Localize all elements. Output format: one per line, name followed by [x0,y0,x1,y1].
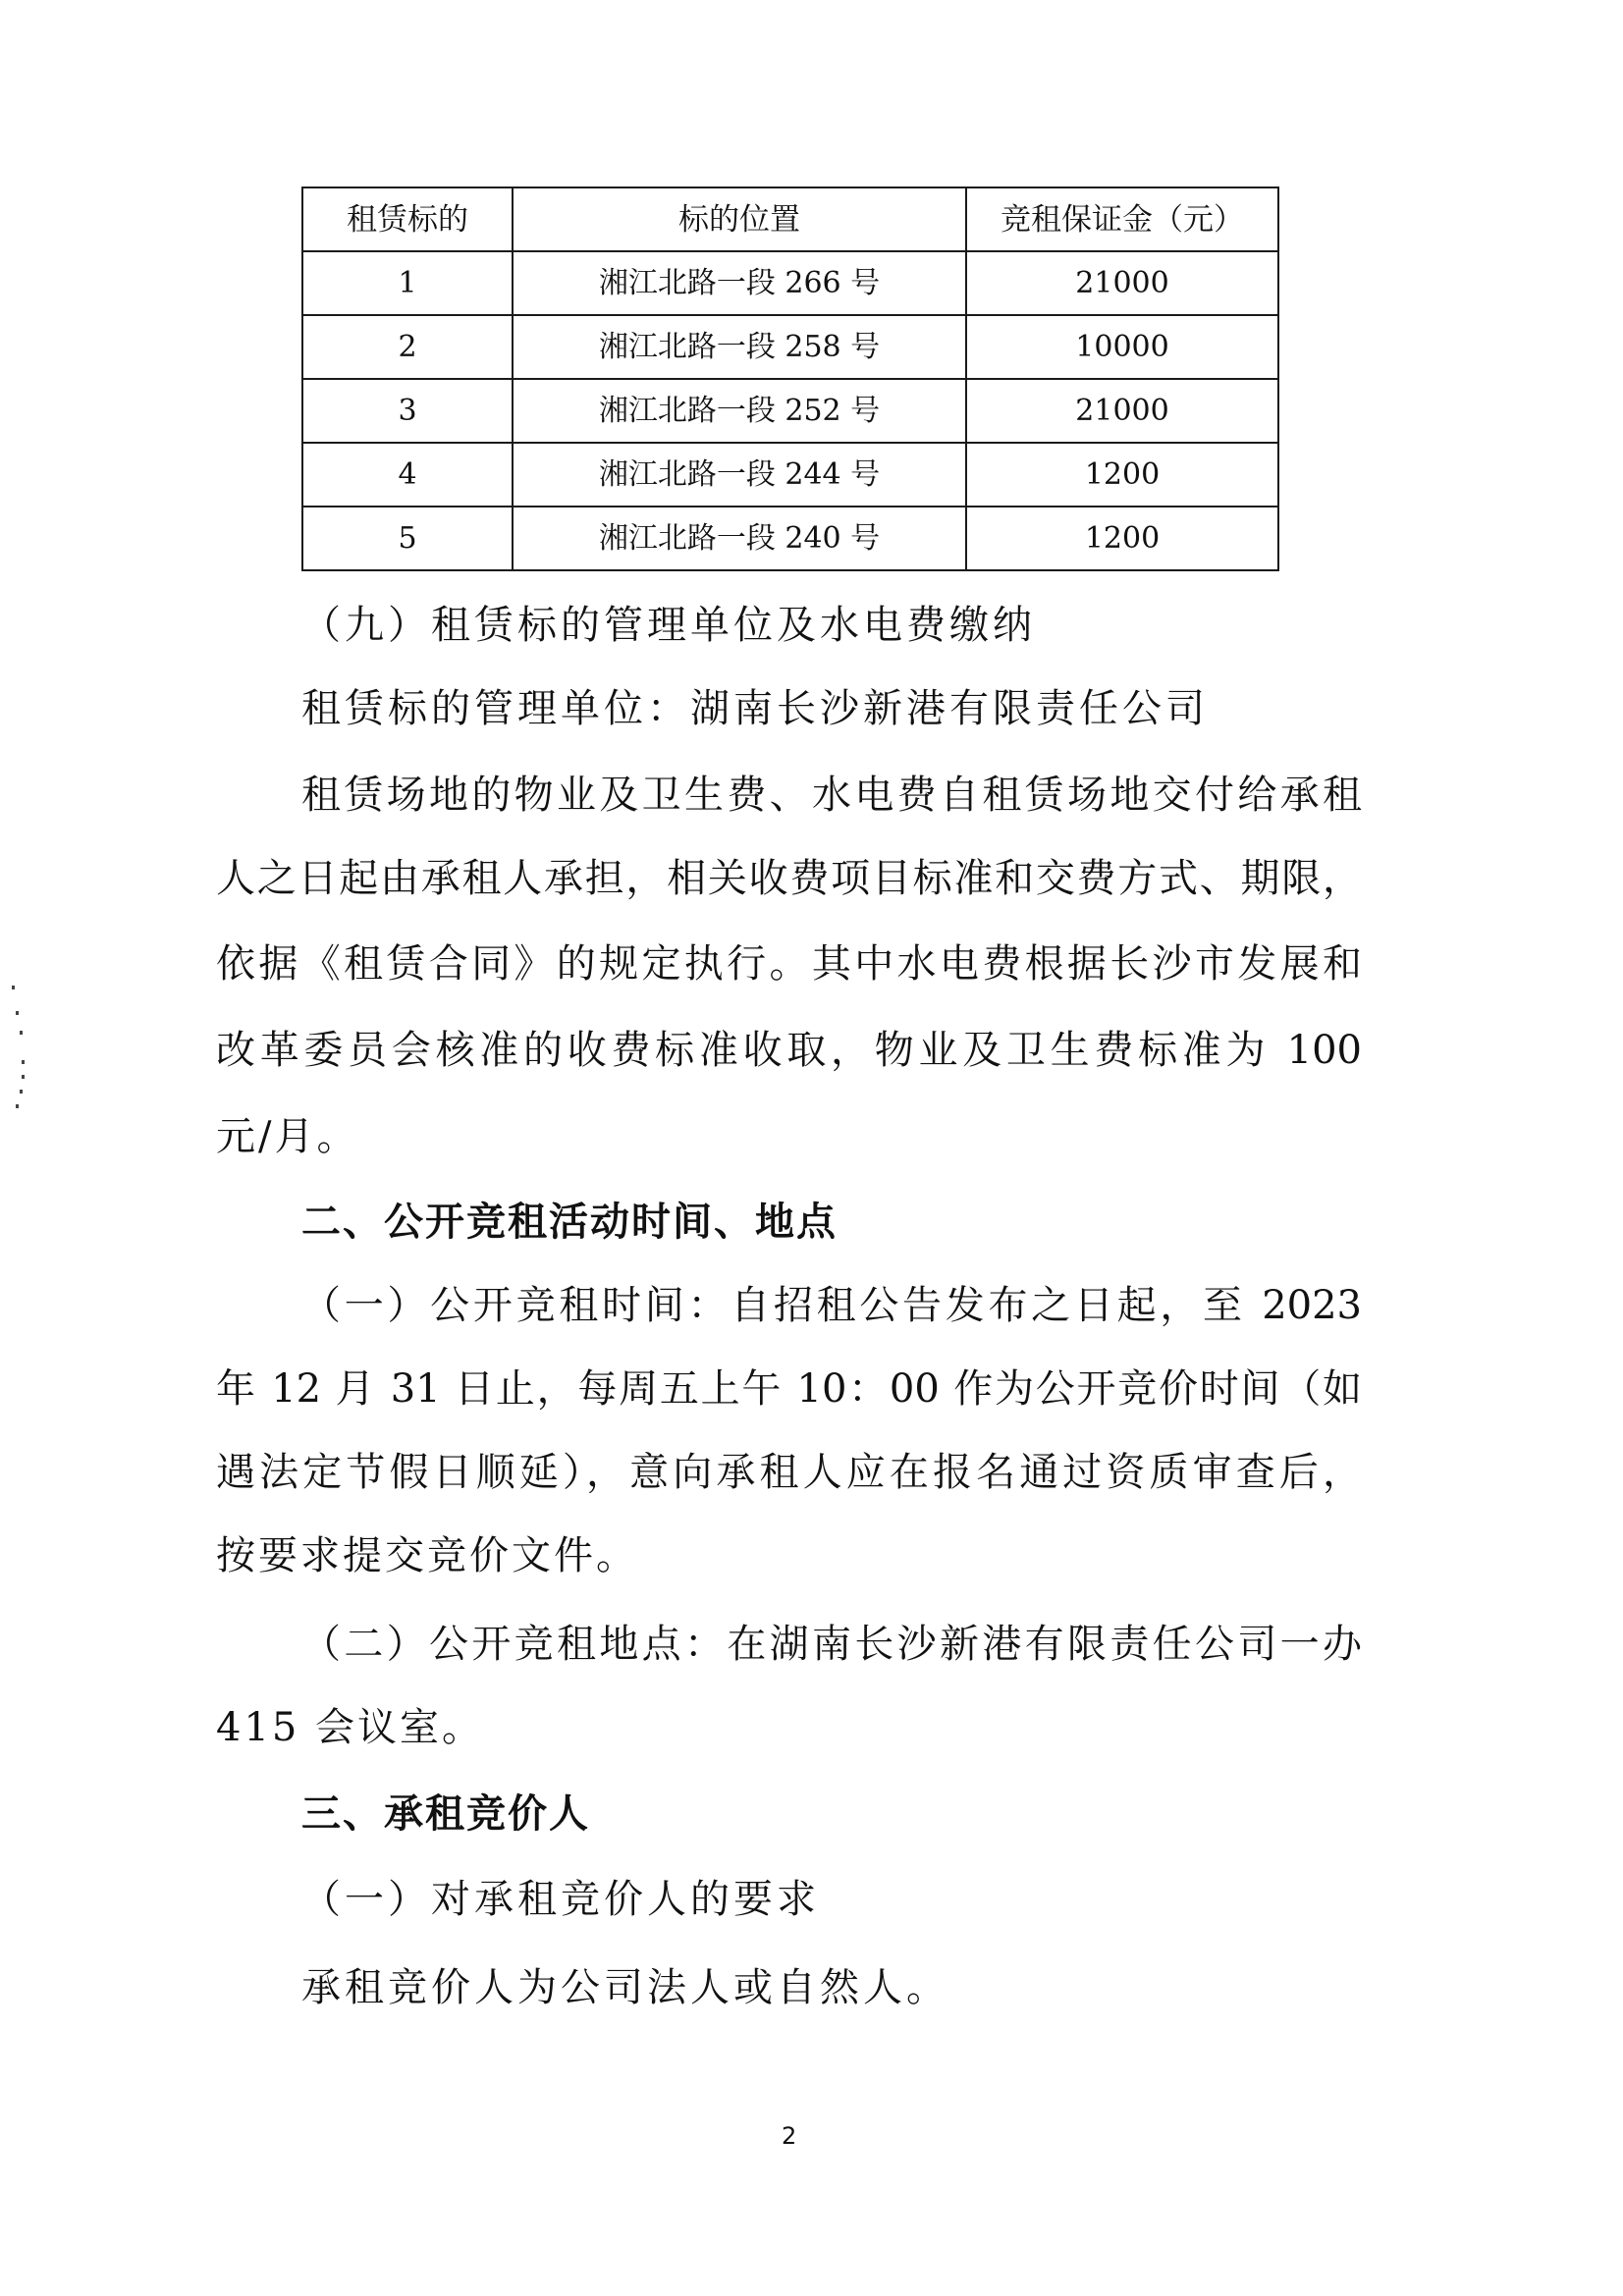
document-page: 租赁标的 标的位置 竞租保证金（元） 1 湘江北路一段 266 号 21000 … [0,0,1623,2296]
paragraph-line: 租赁场地的物业及卫生费、水电费自租赁场地交付给承租 [301,771,1362,820]
table-header-row: 租赁标的 标的位置 竞租保证金（元） [302,187,1278,251]
section-3-subheading: （一）对承租竞价人的要求 [301,1875,1362,1924]
cell-deposit: 21000 [966,379,1278,443]
requirement-text: 承租竞价人为公司法人或自然人。 [301,1963,1362,2012]
cell-target-id: 4 [302,443,513,507]
cell-location: 湘江北路一段 240 号 [513,507,966,570]
column-header-deposit: 竞租保证金（元） [966,187,1278,251]
table-row: 1 湘江北路一段 266 号 21000 [302,251,1278,315]
paragraph-line: 415 会议室。 [216,1703,1362,1752]
column-header-target: 租赁标的 [302,187,513,251]
paragraph-line: 年 12 月 31 日止，每周五上午 10：00 作为公开竞价时间（如 [216,1364,1362,1414]
cell-target-id: 5 [302,507,513,570]
table-row: 5 湘江北路一段 240 号 1200 [302,507,1278,570]
table-row: 2 湘江北路一段 258 号 10000 [302,315,1278,379]
paragraph-line: 人之日起由承租人承担，相关收费项目标准和交费方式、期限， [216,854,1362,903]
cell-target-id: 1 [302,251,513,315]
paragraph-line: 遇法定节假日顺延），意向承租人应在报名通过资质审查后， [216,1448,1362,1497]
table-row: 4 湘江北路一段 244 号 1200 [302,443,1278,507]
cell-location: 湘江北路一段 258 号 [513,315,966,379]
rental-targets-table: 租赁标的 标的位置 竞租保证金（元） 1 湘江北路一段 266 号 21000 … [301,187,1279,571]
paragraph-line: 按要求提交竞价文件。 [216,1531,1362,1580]
cell-location: 湘江北路一段 244 号 [513,443,966,507]
cell-target-id: 3 [302,379,513,443]
cell-deposit: 10000 [966,315,1278,379]
scan-margin-marks [8,982,29,1119]
section-2-heading: 二、公开竞租活动时间、地点 [301,1198,1362,1247]
management-unit-text: 租赁标的管理单位：湖南长沙新港有限责任公司 [301,684,1362,733]
page-number: 2 [782,2122,796,2150]
paragraph-line: （一）公开竞租时间：自招租公告发布之日起，至 2023 [301,1281,1362,1330]
table-row: 3 湘江北路一段 252 号 21000 [302,379,1278,443]
paragraph-line: 元/月。 [216,1112,1362,1161]
section-9-heading: （九）租赁标的管理单位及水电费缴纳 [301,601,1362,650]
column-header-location: 标的位置 [513,187,966,251]
paragraph-line: （二）公开竞租地点：在湖南长沙新港有限责任公司一办 [301,1620,1362,1669]
cell-deposit: 1200 [966,507,1278,570]
section-3-heading: 三、承租竞价人 [301,1789,1362,1839]
cell-location: 湘江北路一段 252 号 [513,379,966,443]
cell-deposit: 21000 [966,251,1278,315]
paragraph-line: 改革委员会核准的收费标准收取，物业及卫生费标准为 100 [216,1026,1362,1075]
cell-deposit: 1200 [966,443,1278,507]
cell-target-id: 2 [302,315,513,379]
paragraph-line: 依据《租赁合同》的规定执行。其中水电费根据长沙市发展和 [216,939,1362,988]
cell-location: 湘江北路一段 266 号 [513,251,966,315]
